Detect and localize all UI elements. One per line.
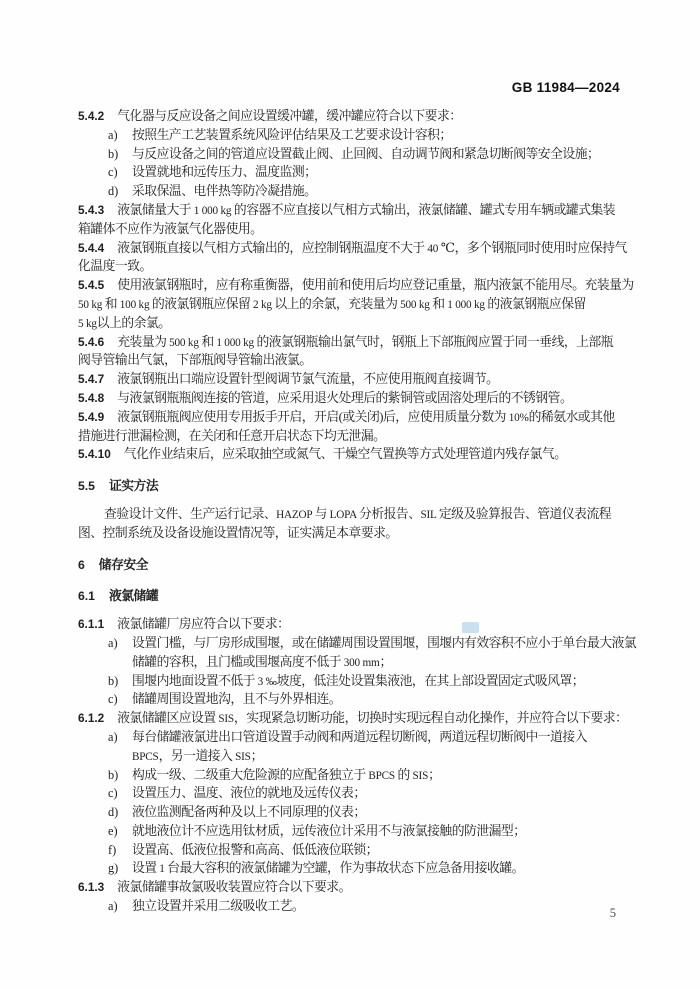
line-text: 就地液位计不应选用钛材质，远传液位计采用不与液氯接触的防泄漏型； — [132, 824, 526, 838]
clause-5.4.10: 5.4.10气化作业结束后，应采取抽空或氮气、干燥空气置换等方式处理管道内残存氯… — [78, 445, 663, 464]
line-text: 阀导管输出气氯，下部瓶阀导管输出液氯。 — [78, 353, 312, 367]
clause-number: 6.1.2 — [78, 711, 104, 725]
line-text: 液位监测配备两种及以上不同原理的仪表； — [132, 805, 366, 819]
list-item-a: a)按照生产工艺装置系统风险评估结果及工艺要求设计容积； — [108, 126, 663, 145]
clause-5.4.8: 5.4.8与液氯钢瓶瓶阀连接的管道，应采用退火处理后的紫铜管或固溶处理后的不锈钢… — [78, 389, 663, 408]
clause-number: 5.4.6 — [78, 335, 104, 349]
line-text: 储存安全 — [99, 558, 148, 572]
item-letter: b) — [108, 766, 132, 785]
list-item-e: e)就地液位计不应选用钛材质，远传液位计采用不与液氯接触的防泄漏型； — [108, 822, 663, 841]
item-letter: e) — [108, 822, 132, 841]
line-text: 围堰内地面设置不低于 3 ‰坡度，低洼处设置集液池，在其上部设置固定式吸风罩； — [132, 674, 584, 688]
clause-6.1.3: 6.1.3液氯储罐事故氯吸收装置应符合以下要求。 — [78, 878, 663, 897]
clause-number: 5.4.9 — [78, 410, 104, 424]
line-text: 采取保温、电伴热等防冷凝措施。 — [132, 184, 316, 198]
clause-number: 5.4.5 — [78, 278, 104, 292]
line-text: 50 kg 和 100 kg 的液氯钢瓶应保留 2 kg 以上的余氯，充装量为 … — [78, 297, 586, 311]
item-letter: c) — [108, 163, 132, 182]
text-line: 50 kg 和 100 kg 的液氯钢瓶应保留 2 kg 以上的余氯，充装量为 … — [78, 295, 663, 314]
line-text: 液氯储量大于 1 000 kg 的容器不应直接以气相方式输出，液氯储罐、罐式专用… — [117, 203, 615, 217]
item-letter: d) — [108, 803, 132, 822]
line-text: 充装量为 500 kg 和 1 000 kg 的液氯钢瓶输出氯气时，钢瓶上下部瓶… — [117, 335, 613, 349]
text-line: 箱罐体不应作为液氯气化器使用。 — [78, 220, 663, 239]
line-text: 液氯钢瓶直接以气相方式输出的，应控制钢瓶温度不大于 40 ℃，多个钢瓶同时使用时… — [117, 241, 627, 255]
item-letter: a) — [108, 728, 132, 747]
list-item-c: c)设置就地和远传压力、温度监测； — [108, 163, 663, 182]
text-line: 图、控制系统及设备设施设置情况等，证实满足本章要求。 — [78, 524, 663, 543]
clause-number: 6.1.3 — [78, 880, 104, 894]
list-item-b: b)与反应设备之间的管道应设置截止阀、止回阀、自动调节阀和紧急切断阀等安全设施； — [108, 145, 663, 164]
clause-number: 5.4.7 — [78, 372, 104, 386]
clause-5.4.7: 5.4.7液氯钢瓶出口端应设置针型阀调节氯气流量，不应使用瓶阀直接调节。 — [78, 370, 663, 389]
item-letter: c) — [108, 784, 132, 803]
list-item-a: a)每台储罐液氯进出口管道设置手动阀和两道远程切断阀，两道远程切断阀中一道接入 — [108, 728, 663, 747]
list-item-c: c)设置压力、温度、液位的就地及远传仪表； — [108, 784, 663, 803]
text-line: 化温度一致。 — [78, 257, 663, 276]
text-line: 措施进行泄漏检测，在关闭和任意开启状态下均无泄漏。 — [78, 427, 663, 446]
line-text: 设置压力、温度、液位的就地及远传仪表； — [132, 786, 366, 800]
line-text: 储罐的容积，且门槛或围堰高度不低于 300 mm； — [132, 655, 392, 669]
list-item-f: f)设置高、低液位报警和高高、低低液位联锁； — [108, 841, 663, 860]
line-text: 气化器与反应设备之间应设置缓冲罐，缓冲罐应符合以下要求： — [117, 109, 461, 123]
list-item-b: b)围堰内地面设置不低于 3 ‰坡度，低洼处设置集液池，在其上部设置固定式吸风罩… — [108, 672, 663, 691]
clause-number: 5.4.8 — [78, 391, 104, 405]
clause-number: 5.4.10 — [78, 447, 111, 461]
item-letter: a) — [108, 126, 132, 145]
list-item-c: c)储罐周围设置地沟，且不与外界相连。 — [108, 690, 663, 709]
clause-5.4.9: 5.4.9液氯钢瓶瓶阀应使用专用扳手开启，开启(或关闭)后，应使用质量分数为 1… — [78, 408, 663, 427]
clause-5.4.3: 5.4.3液氯储量大于 1 000 kg 的容器不应直接以气相方式输出，液氯储罐… — [78, 201, 663, 220]
clause-5.4.6: 5.4.6充装量为 500 kg 和 1 000 kg 的液氯钢瓶输出氯气时，钢… — [78, 333, 663, 352]
page-number: 5 — [610, 906, 616, 921]
line-text: 设置高、低液位报警和高高、低低液位联锁； — [132, 843, 378, 857]
clause-number: 6 — [78, 558, 85, 572]
line-text: 5 kg以上的余氯。 — [78, 316, 171, 330]
line-text: 与液氯钢瓶瓶阀连接的管道，应采用退火处理后的紫铜管或固溶处理后的不锈钢管。 — [117, 391, 572, 405]
clause-5.4.4: 5.4.4液氯钢瓶直接以气相方式输出的，应控制钢瓶温度不大于 40 ℃，多个钢瓶… — [78, 239, 663, 258]
clause-number: 5.5 — [78, 479, 95, 493]
item-letter: b) — [108, 145, 132, 164]
clause-number: 5.4.2 — [78, 109, 104, 123]
section-heading-6.1: 6.1液氯储罐 — [78, 587, 663, 606]
clause-number: 5.4.3 — [78, 203, 104, 217]
clause-5.4.5: 5.4.5使用液氯钢瓶时，应有称重衡器，使用前和使用后均应登记重量，瓶内液氯不能… — [78, 276, 663, 295]
line-text: 液氯钢瓶瓶阀应使用专用扳手开启，开启(或关闭)后，应使用质量分数为 10%的稀氨… — [117, 410, 614, 424]
text-line: 储罐的容积，且门槛或围堰高度不低于 300 mm； — [132, 653, 663, 672]
standard-code-header: GB 11984—2024 — [512, 80, 620, 95]
line-text: 箱罐体不应作为液氯气化器使用。 — [78, 222, 262, 236]
list-item-d: d)采取保温、电伴热等防冷凝措施。 — [108, 182, 663, 201]
document-body: 5.4.2气化器与反应设备之间应设置缓冲罐，缓冲罐应符合以下要求：a)按照生产工… — [78, 107, 663, 916]
list-item-d: d)液位监测配备两种及以上不同原理的仪表； — [108, 803, 663, 822]
line-text: BPCS，另一道接入 SIS； — [132, 749, 263, 763]
line-text: 证实方法 — [109, 479, 158, 493]
line-text: 按照生产工艺装置系统风险评估结果及工艺要求设计容积； — [132, 128, 452, 142]
list-item-g: g)设置 1 台最大容积的液氯储罐为空罐，作为事故状态下应急备用接收罐。 — [108, 859, 663, 878]
text-line: 查验设计文件、生产运行记录、HAZOP 与 LOPA 分析报告、SIL 定级及验… — [78, 505, 663, 524]
item-letter: d) — [108, 182, 132, 201]
section-heading-6: 6储存安全 — [78, 556, 663, 575]
line-text: 化温度一致。 — [78, 259, 152, 273]
list-item-a: a)设置门槛，与厂房形成围堰，或在储罐周围设置围堰，围堰内有效容积不应小于单台最… — [108, 634, 663, 653]
line-text: 液氯储罐区应设置 SIS，实现紧急切断功能，切换时实现远程自动化操作，并应符合以… — [117, 711, 627, 725]
line-text: 储罐周围设置地沟，且不与外界相连。 — [132, 692, 341, 706]
line-text: 液氯储罐事故氯吸收装置应符合以下要求。 — [117, 880, 351, 894]
line-text: 措施进行泄漏检测，在关闭和任意开启状态下均无泄漏。 — [78, 429, 385, 443]
item-letter: c) — [108, 690, 132, 709]
clause-5.4.2: 5.4.2气化器与反应设备之间应设置缓冲罐，缓冲罐应符合以下要求： — [78, 107, 663, 126]
clause-number: 6.1.1 — [78, 617, 104, 631]
clause-6.1.2: 6.1.2液氯储罐区应设置 SIS，实现紧急切断功能，切换时实现远程自动化操作，… — [78, 709, 663, 728]
clause-number: 5.4.4 — [78, 241, 104, 255]
line-text: 构成一级、二级重大危险源的应配备独立于 BPCS 的 SIS； — [132, 768, 440, 782]
line-text: 设置 1 台最大容积的液氯储罐为空罐，作为事故状态下应急备用接收罐。 — [132, 861, 524, 875]
line-text: 液氯钢瓶出口端应设置针型阀调节氯气流量，不应使用瓶阀直接调节。 — [117, 372, 498, 386]
item-letter: a) — [108, 897, 132, 916]
line-text: 设置就地和远传压力、温度监测； — [132, 165, 316, 179]
item-letter: a) — [108, 634, 132, 653]
section-heading-5.5: 5.5证实方法 — [78, 477, 663, 496]
item-letter: g) — [108, 859, 132, 878]
list-item-a: a)独立设置并采用二级吸收工艺。 — [108, 897, 663, 916]
line-text: 查验设计文件、生产运行记录、HAZOP 与 LOPA 分析报告、SIL 定级及验… — [104, 507, 611, 521]
line-text: 气化作业结束后，应采取抽空或氮气、干燥空气置换等方式处理管道内残存氯气。 — [124, 447, 567, 461]
clause-number: 6.1 — [78, 589, 95, 603]
text-line: BPCS，另一道接入 SIS； — [132, 747, 663, 766]
text-line: 阀导管输出气氯，下部瓶阀导管输出液氯。 — [78, 351, 663, 370]
line-text: 液氯储罐 — [109, 589, 158, 603]
line-text: 独立设置并采用二级吸收工艺。 — [132, 899, 304, 913]
list-item-b: b)构成一级、二级重大危险源的应配备独立于 BPCS 的 SIS； — [108, 766, 663, 785]
line-text: 使用液氯钢瓶时，应有称重衡器，使用前和使用后均应登记重量，瓶内液氯不能用尽。充装… — [117, 278, 633, 292]
line-text: 设置门槛，与厂房形成围堰，或在储罐周围设置围堰，围堰内有效容积不应小于单台最大液… — [132, 636, 636, 650]
line-text: 与反应设备之间的管道应设置截止阀、止回阀、自动调节阀和紧急切断阀等安全设施； — [132, 147, 599, 161]
item-letter: f) — [108, 841, 132, 860]
document-page: GB 11984—2024 5.4.2气化器与反应设备之间应设置缓冲罐，缓冲罐应… — [0, 0, 700, 989]
item-letter: b) — [108, 672, 132, 691]
clause-6.1.1: 6.1.1液氯储罐厂房应符合以下要求： — [78, 615, 663, 634]
text-line: 5 kg以上的余氯。 — [78, 314, 663, 333]
line-text: 每台储罐液氯进出口管道设置手动阀和两道远程切断阀，两道远程切断阀中一道接入 — [132, 730, 587, 744]
line-text: 图、控制系统及设备设施设置情况等，证实满足本章要求。 — [78, 526, 398, 540]
line-text: 液氯储罐厂房应符合以下要求： — [117, 617, 289, 631]
